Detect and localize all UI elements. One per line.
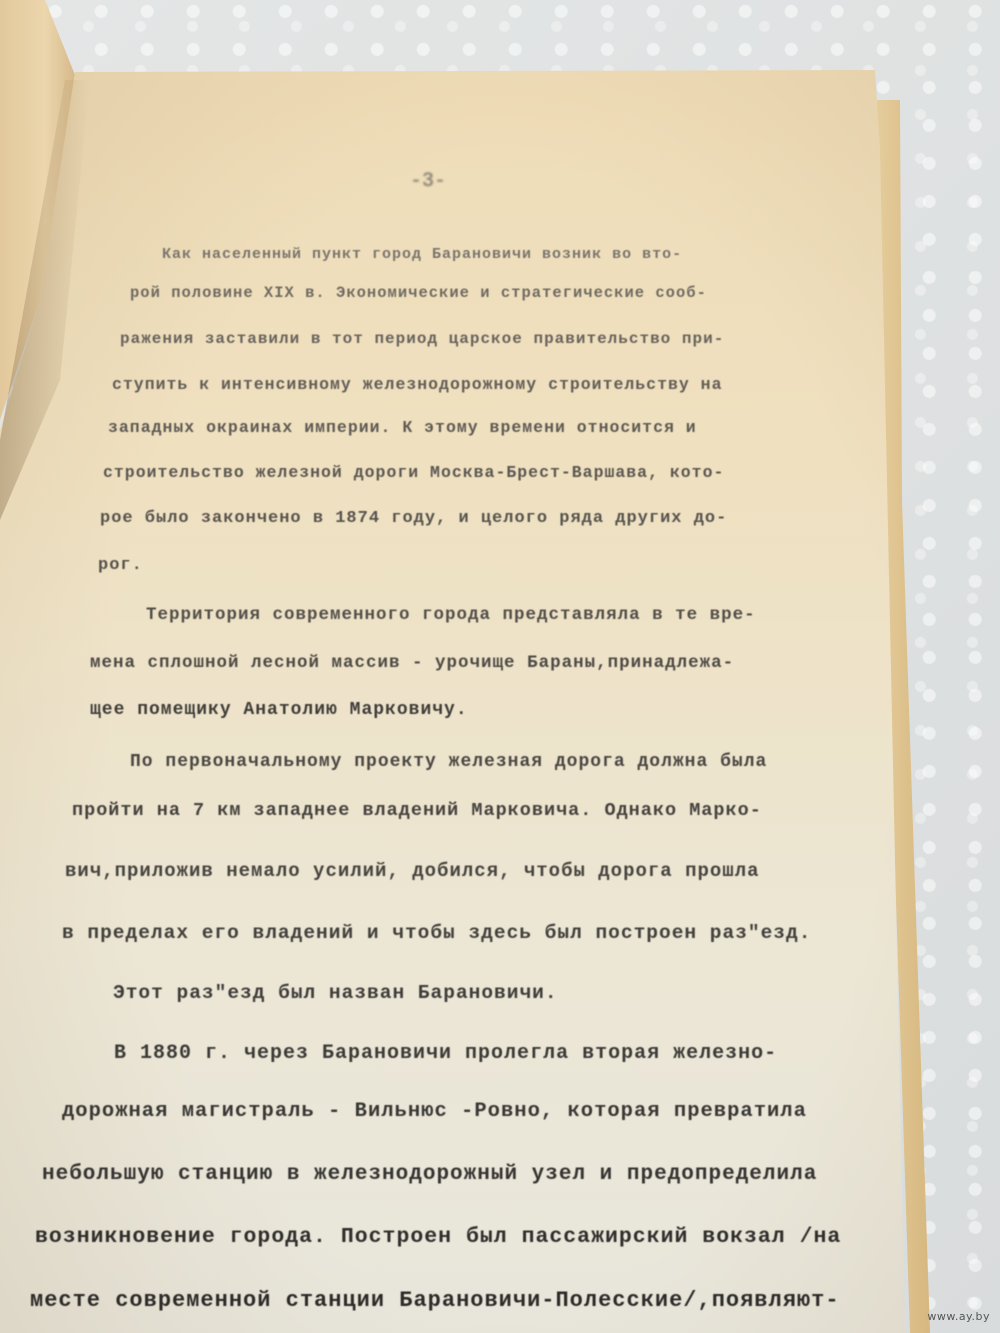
- text-line: возникновение города. Построен был пасса…: [35, 1225, 841, 1249]
- text-line: вич,приложив немало усилий, добился, что…: [65, 860, 760, 882]
- text-line: небольшую станцию в железнодорожный узел…: [42, 1163, 817, 1186]
- text-line: Территория современного города представл…: [146, 605, 756, 625]
- text-line: мена сплошной лесной массив - урочище Ба…: [90, 653, 734, 673]
- text-line: По первоначальному проекту железная доро…: [130, 752, 767, 772]
- text-line: рой половине XIX в. Экономические и стра…: [130, 284, 707, 302]
- text-line: щее помещику Анатолию Марковичу.: [90, 700, 468, 720]
- text-line: ражения заставили в тот период царское п…: [120, 330, 724, 348]
- watermark: www.ay.by: [927, 1310, 990, 1323]
- text-line: рое было закончено в 1874 году, и целого…: [100, 509, 727, 528]
- text-line: западных окраинах империи. К этому време…: [108, 418, 697, 437]
- text-line: дорожная магистраль - Вильнюс -Ровно, ко…: [62, 1100, 807, 1123]
- text-line: ступить к интенсивному железнодорожному …: [112, 375, 723, 394]
- text-line: месте современной станции Барановичи-Пол…: [30, 1288, 840, 1313]
- text-line: Этот раз"езд был назван Барановичи.: [113, 982, 558, 1004]
- page-number: -3-: [410, 170, 446, 193]
- text-line: в пределах его владений и чтобы здесь бы…: [62, 922, 811, 944]
- text-line: рог.: [98, 556, 143, 575]
- text-line: пройти на 7 км западнее владений Маркови…: [72, 800, 762, 821]
- text-line: строительство железной дороги Москва-Бре…: [103, 463, 724, 482]
- text-line: В 1880 г. через Барановичи пролегла втор…: [114, 1042, 777, 1065]
- text-line: Как населенный пункт город Барановичи во…: [162, 246, 682, 263]
